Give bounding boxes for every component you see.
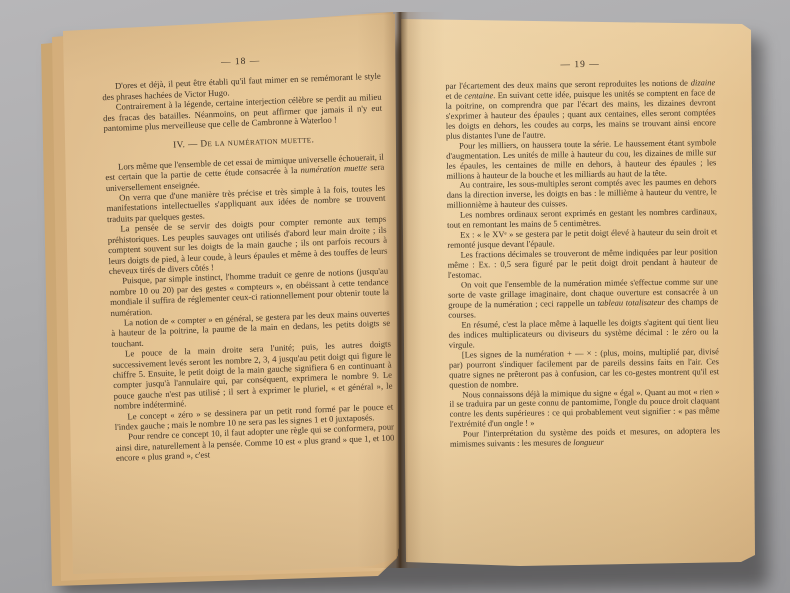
paragraph: En résumé, c'est la place même à laquell… xyxy=(448,317,718,350)
left-page-paragraphs-bottom: Lors même que l'ensemble de cet essai de… xyxy=(105,152,395,464)
paragraph: [Les signes de la numération + — × : (pl… xyxy=(449,347,719,390)
paragraph: par l'écartement des deux mains que sero… xyxy=(445,78,716,141)
section-heading-title: De la numération muette. xyxy=(200,136,314,150)
paragraph: Le pouce de la main droite sera l'unité;… xyxy=(112,339,393,412)
book-photo-backdrop: — 18 — D'ores et déjà, il peut être étab… xyxy=(0,0,790,593)
right-page-number: — 19 — xyxy=(445,59,715,72)
left-page-text-block: — 18 — D'ores et déjà, il peut être étab… xyxy=(101,52,395,464)
right-page-text-block: — 19 — par l'écartement des deux mains q… xyxy=(445,59,720,450)
section-heading-numeral: IV. — xyxy=(173,140,198,151)
paragraph: Pour les milliers, on haussera toute la … xyxy=(446,138,716,181)
paragraph: On voit que l'ensemble de la numération … xyxy=(448,277,718,320)
paragraph: Pour l'interprétation du système des poi… xyxy=(450,427,720,450)
paragraph: Nous connaissons déjà la mimique du sign… xyxy=(449,387,719,430)
right-page-paragraphs: par l'écartement des deux mains que sero… xyxy=(445,78,720,450)
section-heading: IV. — De la numération muette. xyxy=(104,133,383,154)
paragraph: Au contraire, les sous-multiples seront … xyxy=(447,178,717,211)
left-page-paragraphs-top: D'ores et déjà, il peut être établi qu'i… xyxy=(102,71,383,133)
